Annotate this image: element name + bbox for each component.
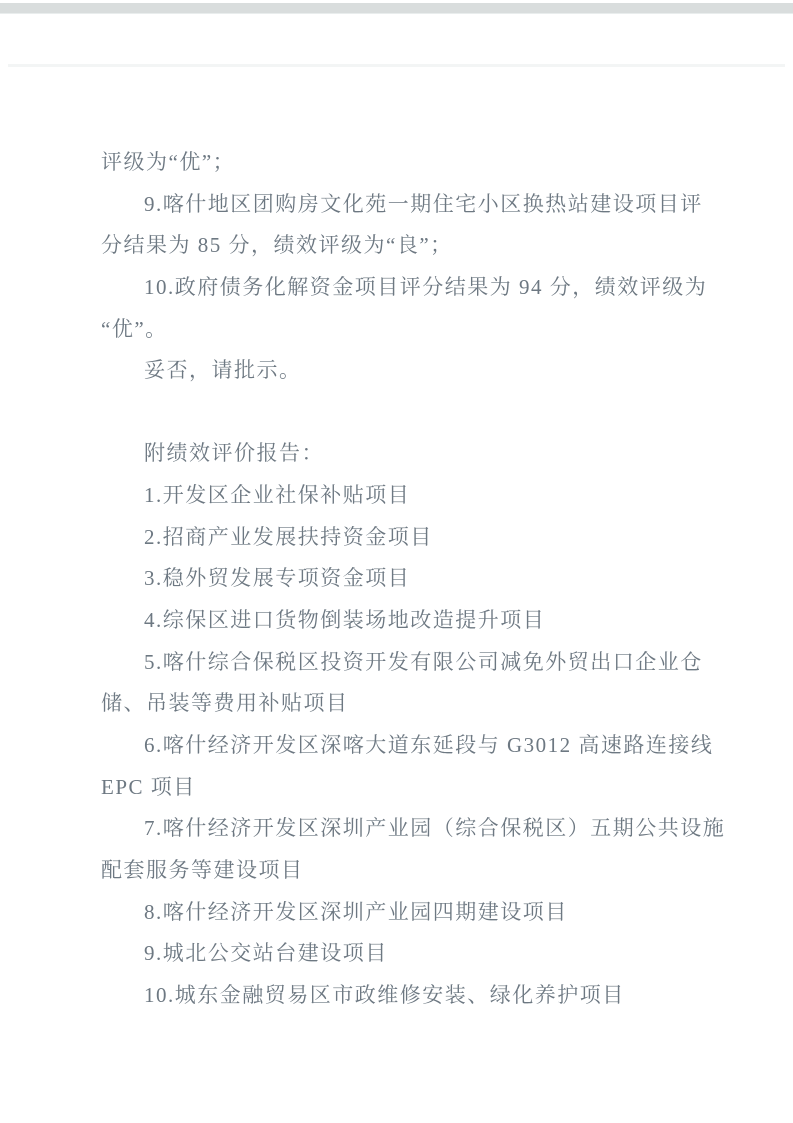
doc-line-attachment-5-cont: 储、吊装等费用补贴项目 [101,683,699,725]
doc-line-item-9: 9.喀什地区团购房文化苑一期住宅小区换热站建设项目评 [101,184,699,226]
doc-line-attachment-6: 6.喀什经济开发区深喀大道东延段与 G3012 高速路连接线 [101,725,699,767]
doc-line-closing: 妥否，请批示。 [101,350,699,392]
doc-line-attachment-5: 5.喀什综合保税区投资开发有限公司减免外贸出口企业仓 [101,642,699,684]
doc-line-attachment-header: 附绩效评价报告： [101,433,699,475]
doc-line-item-9-cont: 分结果为 85 分，绩效评级为“良”； [101,225,699,267]
doc-line-paragraph-end: 评级为“优”； [101,142,699,184]
doc-line-item-10: 10.政府债务化解资金项目评分结果为 94 分，绩效评级为 [101,267,699,309]
doc-line-attachment-4: 4.综保区进口货物倒装场地改造提升项目 [101,600,699,642]
doc-line-attachment-1: 1.开发区企业社保补贴项目 [101,475,699,517]
doc-line-attachment-7: 7.喀什经济开发区深圳产业园（综合保税区）五期公共设施 [101,808,699,850]
doc-line-attachment-6-cont: EPC 项目 [101,767,699,809]
document-body: 评级为“优”； 9.喀什地区团购房文化苑一期住宅小区换热站建设项目评 分结果为 … [101,142,699,1016]
scan-edge-artifact [0,3,793,14]
doc-line-attachment-7-cont: 配套服务等建设项目 [101,850,699,892]
doc-line-attachment-2: 2.招商产业发展扶持资金项目 [101,517,699,559]
scanned-document-page: { "page": { "background": "#ffffff", "te… [0,0,793,1123]
doc-line-attachment-9: 9.城北公交站台建设项目 [101,933,699,975]
doc-line-attachment-8: 8.喀什经济开发区深圳产业园四期建设项目 [101,892,699,934]
doc-line-attachment-3: 3.稳外贸发展专项资金项目 [101,558,699,600]
doc-line-attachment-10: 10.城东金融贸易区市政维修安装、绿化养护项目 [101,975,699,1017]
doc-line-item-10-cont: “优”。 [101,309,699,351]
scan-line-artifact [8,64,785,67]
